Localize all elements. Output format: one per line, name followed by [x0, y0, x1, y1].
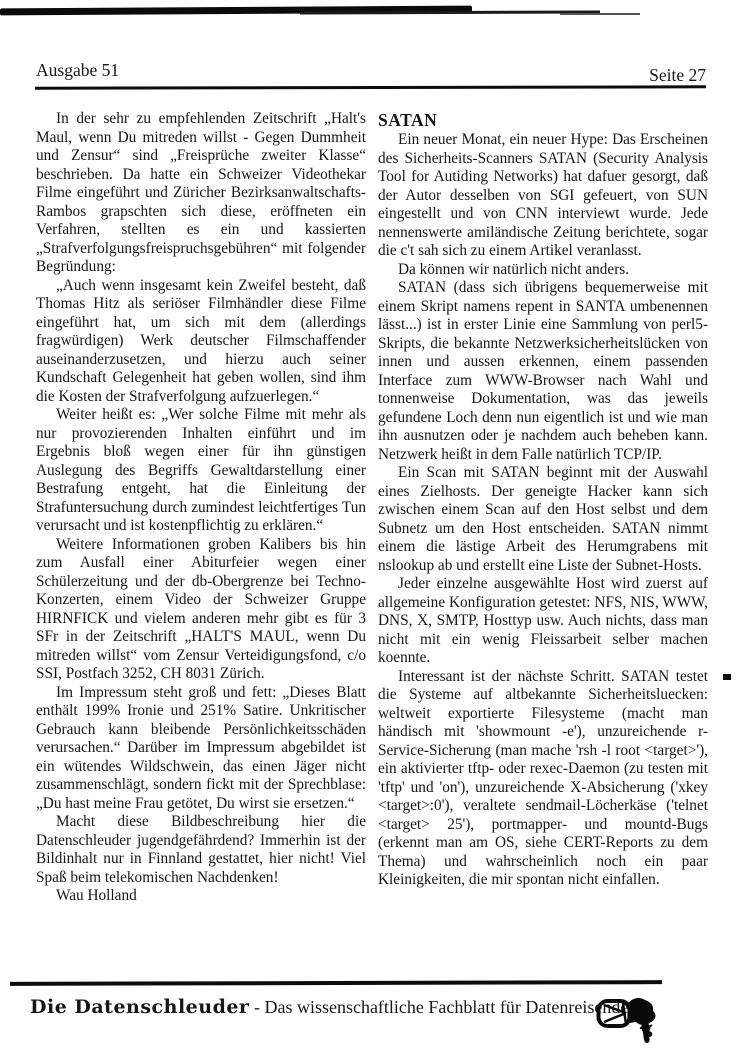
- paragraph: SATAN (dass sich übrigens bequemerweise …: [378, 279, 708, 464]
- right-column-paragraphs: Ein neuer Monat, ein neuer Hype: Das Ers…: [378, 131, 708, 890]
- slingshot-hand-icon: [596, 992, 668, 1055]
- paragraph: Ein neuer Monat, ein neuer Hype: Das Ers…: [378, 131, 708, 261]
- paragraph: Da können wir natürlich nicht anders.: [378, 261, 708, 280]
- paragraph: Ein Scan mit SATAN beginnt mit der Auswa…: [378, 464, 708, 575]
- paragraph: Macht diese Bildbeschreibung hier die Da…: [36, 813, 366, 887]
- issue-label: Ausgabe 51: [36, 60, 119, 81]
- scan-edge-artifact: [300, 10, 600, 14]
- page-number: Seite 27: [649, 65, 706, 86]
- paragraph: Interessant ist der nächste Schritt. SAT…: [378, 668, 708, 890]
- paragraph: Weitere Informationen groben Kalibers bi…: [36, 536, 366, 684]
- scan-edge-artifact: [560, 13, 640, 15]
- signature: Wau Holland: [36, 887, 366, 906]
- paragraph: Im Impressum steht groß und fett: „Diese…: [36, 684, 366, 814]
- footer-tagline: Das wissenschaftliche Fachblatt für Date…: [264, 997, 628, 1017]
- paragraph: Weiter heißt es: „Wer solche Filme mit m…: [36, 406, 366, 536]
- footer-rule: [10, 980, 662, 986]
- footer-tagline-line: Die Datenschleuder - Das wissenschaftlic…: [30, 996, 628, 1018]
- paragraph: In der sehr zu empfehlenden Zeitschrift …: [36, 110, 366, 277]
- paragraph: „Auch wenn insgesamt kein Zweifel besteh…: [36, 277, 366, 407]
- footer-separator: -: [249, 997, 264, 1017]
- right-column: SATAN Ein neuer Monat, ein neuer Hype: D…: [378, 110, 708, 890]
- left-column: In der sehr zu empfehlenden Zeitschrift …: [36, 110, 366, 906]
- left-column-paragraphs: In der sehr zu empfehlenden Zeitschrift …: [36, 110, 366, 887]
- paragraph: Jeder einzelne ausgewählte Host wird zue…: [378, 575, 708, 668]
- header-rule: [35, 85, 706, 89]
- article-heading: SATAN: [378, 110, 708, 130]
- magazine-page: Ausgabe 51 Seite 27 In der sehr zu empfe…: [0, 0, 739, 1055]
- scan-dot-artifact: [723, 674, 731, 680]
- magazine-brand: Die Datenschleuder: [30, 996, 249, 1018]
